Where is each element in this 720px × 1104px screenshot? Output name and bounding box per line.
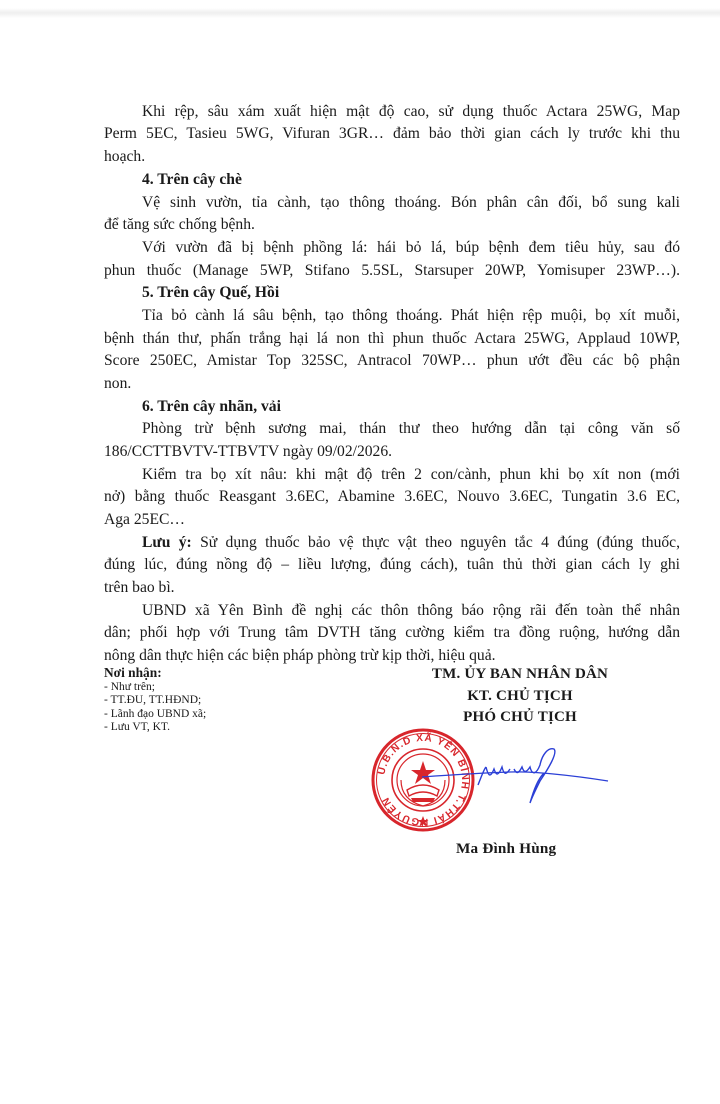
body-line: Score 250EC, Amistar Top 325SC, Antracol… [104, 351, 680, 371]
recipients-block: Nơi nhận: - Như trên; - TT.ĐU, TT.HĐND; … [104, 665, 364, 734]
body-line: Aga 25EC… [104, 510, 680, 530]
handwritten-signature-icon [420, 745, 610, 805]
signature-line-1: TM. ỦY BAN NHÂN DÂN [392, 664, 648, 686]
note-label: Lưu ý: [142, 534, 192, 551]
body-line: trên bao bì. [104, 578, 680, 598]
body-line: Khi rệp, sâu xám xuất hiện mật độ cao, s… [142, 102, 680, 122]
signer-name: Ma Đình Hùng [456, 840, 556, 858]
body-line: Perm 5EC, Tasieu 5WG, Vifuran 3GR… đảm b… [104, 124, 680, 144]
note-text: Sử dụng thuốc bảo vệ thực vật theo nguyê… [192, 534, 680, 551]
page-top-edge [0, 8, 720, 18]
recipient-item: - TT.ĐU, TT.HĐND; [104, 694, 364, 707]
signature-line-2: KT. CHỦ TỊCH [392, 686, 648, 708]
body-line: Phòng trừ bệnh sương mai, thán thư theo … [142, 419, 680, 439]
body-line: đúng lúc, đúng nồng độ – liều lượng, đún… [104, 555, 680, 575]
section-heading-cinnamon-anise: 5. Trên cây Quế, Hồi [142, 283, 680, 303]
body-line: Với vườn đã bị bệnh phồng lá: hái bỏ lá,… [142, 238, 680, 258]
body-line: 186/CCTTBVTV-TTBVTV ngày 09/02/2026. [104, 442, 680, 462]
body-line: hoạch. [104, 147, 680, 167]
body-line: phun thuốc (Manage 5WP, Stifano 5.5SL, S… [104, 261, 680, 281]
body-line: UBND xã Yên Bình đề nghị các thôn thông … [142, 601, 680, 621]
recipient-item: - Lưu VT, KT. [104, 721, 364, 734]
section-heading-longan-lychee: 6. Trên cây nhãn, vải [142, 397, 680, 417]
body-line: non. [104, 374, 680, 394]
recipient-item: - Lãnh đạo UBND xã; [104, 708, 364, 721]
body-line: dân; phối hợp với Trung tâm DVTH tăng cư… [104, 623, 680, 643]
body-line: Vệ sinh vườn, tỉa cành, tạo thông thoáng… [142, 193, 680, 213]
body-line: nở) bằng thuốc Reasgant 3.6EC, Abamine 3… [104, 487, 680, 507]
section-heading-tea: 4. Trên cây chè [142, 170, 680, 190]
body-line: bệnh thán thư, phấn trắng hại lá non thì… [104, 329, 680, 349]
note-line: Lưu ý: Sử dụng thuốc bảo vệ thực vật the… [142, 533, 680, 553]
body-line: nông dân thực hiện các biện pháp phòng t… [104, 646, 680, 666]
body-line: Kiểm tra bọ xít nâu: khi mật độ trên 2 c… [142, 465, 680, 485]
body-line: Tỉa bỏ cành lá sâu bệnh, tạo thông thoán… [142, 306, 680, 326]
recipients-title: Nơi nhận: [104, 665, 364, 681]
body-line: để tăng sức chống bệnh. [104, 215, 680, 235]
signature-line-3: PHÓ CHỦ TỊCH [392, 707, 648, 729]
signature-heading: TM. ỦY BAN NHÂN DÂN KT. CHỦ TỊCH PHÓ CHỦ… [392, 664, 648, 729]
recipient-item: - Như trên; [104, 681, 364, 694]
